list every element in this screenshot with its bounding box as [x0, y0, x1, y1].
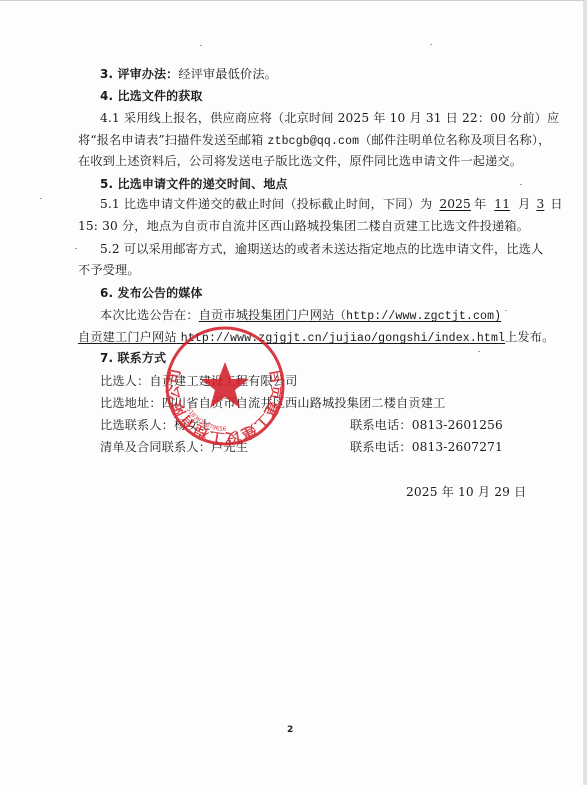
scan-speck	[40, 198, 42, 199]
site-2-name: 自贡建工门户网站	[78, 330, 177, 344]
section-4-text-suffix: （邮件注明单位名称及项目名称），	[359, 133, 550, 147]
page-number: 2	[287, 725, 293, 735]
section-4-paragraph-line-3: 在收到上述资料后，公司将发送电子版比选文件，原件同比选申请文件一起递交。	[78, 153, 522, 169]
address-row: 比选地址：四川省自贡市自流井区西山路城投集团二楼自贡建工	[100, 395, 445, 411]
scan-speck	[478, 351, 480, 352]
scan-speck	[200, 45, 202, 46]
contact-1-phone-group: 联系电话：0813-2601256	[350, 417, 503, 433]
contact-2-name: 卢先生	[211, 440, 248, 454]
submission-location: 地点为自贡市自流井区西山路城投集团二楼自贡建工比选文件投递箱。	[147, 219, 529, 233]
contact-1-phone: 0813-2601256	[412, 418, 503, 432]
year-unit: 年	[474, 197, 486, 211]
scan-speck	[430, 44, 432, 45]
contact-2-label: 清单及合同联系人：	[100, 440, 211, 454]
site-1-url: （http://www.zgctjt.com)	[334, 310, 501, 323]
contact-1-label: 比选联系人：	[100, 418, 174, 432]
section-7-heading: 7. 联系方式	[100, 350, 166, 366]
month-unit: 月	[518, 197, 530, 211]
contact-2-row: 清单及合同联系人：卢先生 联系电话：0813-2607271	[100, 439, 520, 455]
address-label: 比选地址：	[100, 396, 162, 410]
site-2-link[interactable]: 自贡建工门户网站 http://www.zgjgjt.cn/jujiao/gon…	[78, 330, 505, 344]
deadline-day: 3	[530, 196, 550, 212]
section-3-heading: 3. 评审办法：	[100, 67, 178, 81]
day-unit: 日	[550, 197, 562, 211]
address-value: 四川省自贡市自流井区西山路城投集团二楼自贡建工	[162, 396, 446, 410]
selector-label: 比选人：	[100, 374, 149, 388]
site-2-url: http://www.zgjgjt.cn/jujiao/gongshi/inde…	[181, 332, 505, 345]
section-5-2-line-2: 不予受理。	[78, 262, 140, 278]
section-5-2-line-1: 5.2 可以采用邮寄方式，逾期送达的或者未送达指定地点的比选申请文件，比选人	[100, 241, 543, 257]
announcement-prefix: 本次比选公告在：	[100, 308, 199, 322]
section-6-line-2: 自贡建工门户网站 http://www.zgjgjt.cn/jujiao/gon…	[78, 329, 554, 347]
document-page: 3. 评审办法：经评审最低价法。 4. 比选文件的获取 4.1 采用线上报名，供…	[0, 0, 587, 785]
section-4-paragraph-line-2: 将“报名申请表”扫描件发送至邮箱 ztbcgb@qq.com（邮件注明单位名称及…	[78, 132, 551, 150]
deadline-month: 11	[486, 196, 518, 212]
email-address: ztbcgb@qq.com	[268, 135, 360, 148]
deadline-year: 2025	[436, 196, 474, 212]
scan-speck	[520, 184, 522, 185]
selector-value: 自贡建工建设工程有限公司	[149, 374, 297, 388]
section-5-heading: 5. 比选申请文件的递交时间、地点	[100, 176, 288, 192]
scan-speck	[505, 310, 507, 311]
section-4-text: 将“报名申请表”扫描件发送至邮箱	[78, 133, 268, 147]
section-6-line-1: 本次比选公告在：自贡市城投集团门户网站（http://www.zgctjt.co…	[100, 307, 501, 325]
scan-speck	[75, 248, 77, 249]
section-5-1-line-1: 5.1 比选申请文件递交的截止时间（投标截止时间，下同）为 2025年11月3日	[100, 196, 563, 212]
section-5-1-prefix: 5.1 比选申请文件递交的截止时间（投标截止时间，下同）为	[100, 197, 432, 211]
section-5-1-line-2: 15: 30 分，地点为自贡市自流井区西山路城投集团二楼自贡建工比选文件投递箱。	[78, 218, 529, 234]
contact-1-row: 比选联系人：杨女士 联系电话：0813-2601256	[100, 417, 520, 433]
contact-1-phone-label: 联系电话：	[350, 418, 412, 432]
announcement-suffix: 上发布。	[505, 330, 554, 344]
section-4-heading: 4. 比选文件的获取	[100, 88, 203, 104]
contact-2-phone: 0813-2607271	[412, 440, 503, 454]
site-1-link[interactable]: 自贡市城投集团门户网站（http://www.zgctjt.com)	[199, 308, 502, 322]
deadline-time: 15: 30 分，	[78, 219, 147, 233]
section-3: 3. 评审办法：经评审最低价法。	[100, 66, 277, 82]
contact-1-name: 杨女士	[174, 418, 211, 432]
contact-2-phone-group: 联系电话：0813-2607271	[350, 439, 503, 455]
section-3-text: 经评审最低价法。	[178, 67, 277, 81]
site-1-name: 自贡市城投集团门户网站	[199, 308, 335, 322]
document-date: 2025 年 10 月 29 日	[406, 484, 526, 500]
section-6-heading: 6. 发布公告的媒体	[100, 285, 203, 301]
contact-2-phone-label: 联系电话：	[350, 440, 412, 454]
selector-row: 比选人：自贡建工建设工程有限公司	[100, 373, 297, 389]
section-4-paragraph-line-1: 4.1 采用线上报名，供应商应将（北京时间 2025 年 10 月 31 日 2…	[100, 110, 559, 126]
